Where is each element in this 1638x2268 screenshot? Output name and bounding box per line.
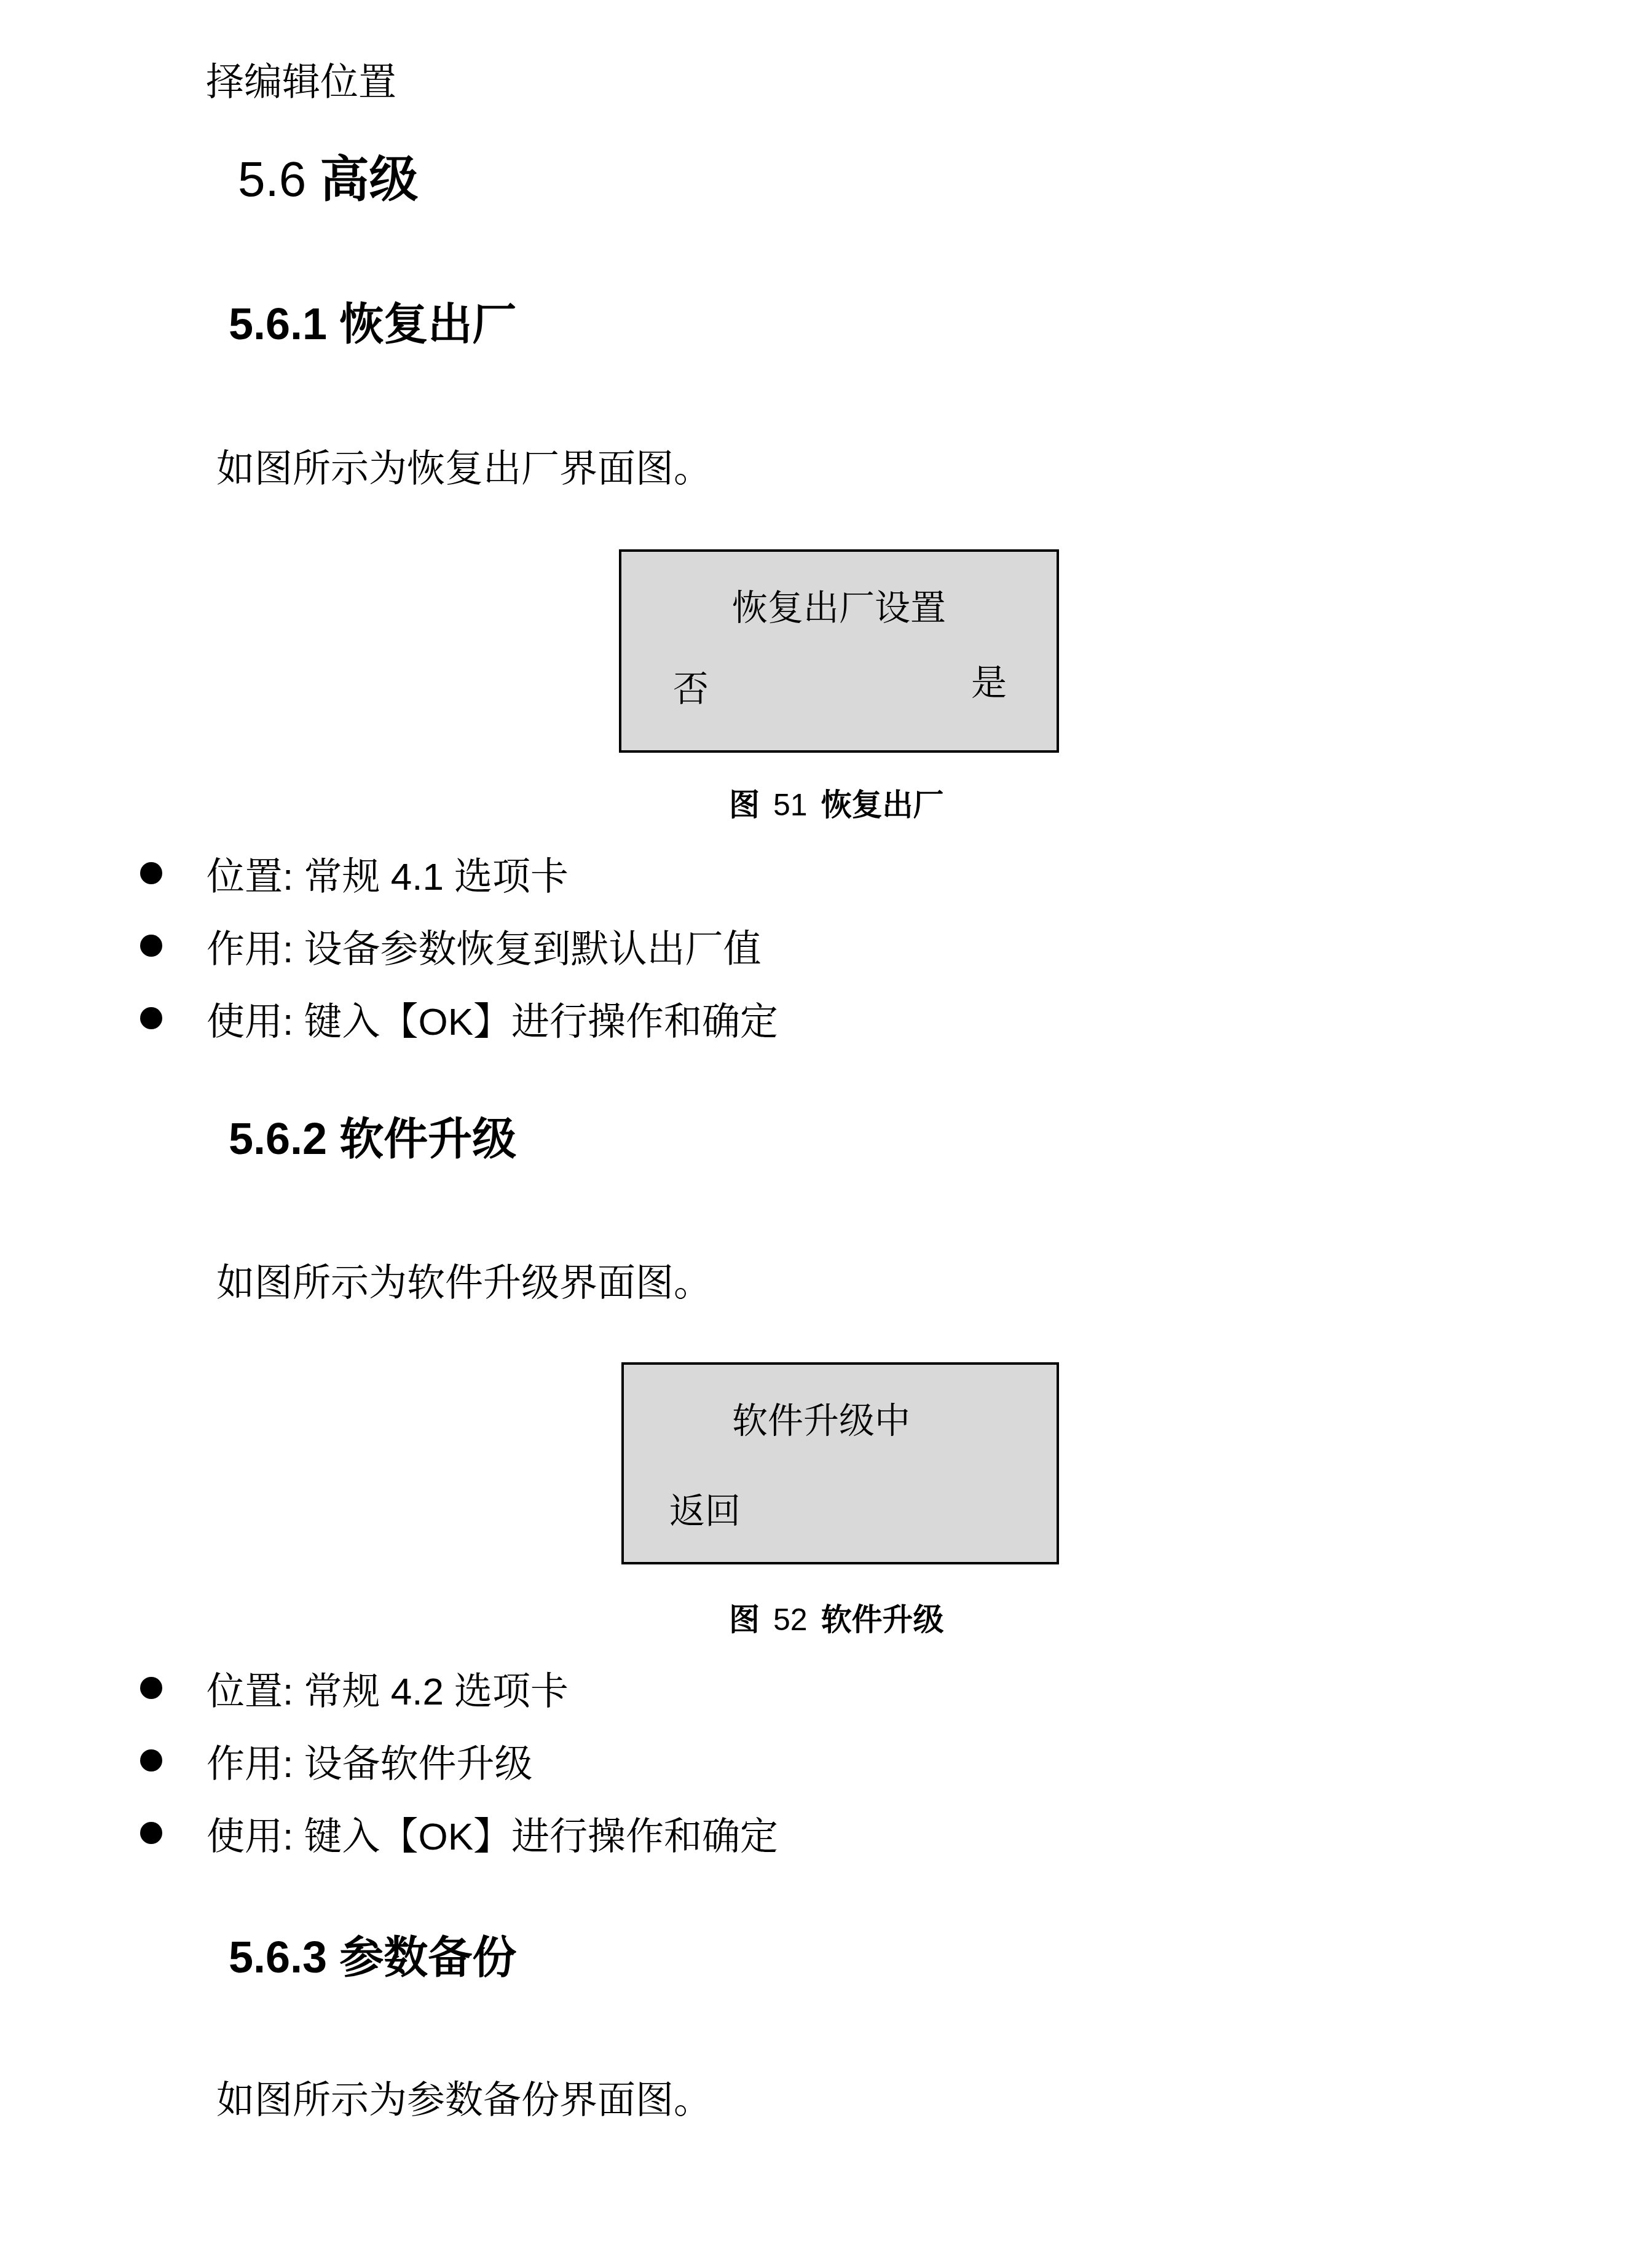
bullet-item-usage: 使用: 键入【OK】进行操作和确定 bbox=[207, 1003, 778, 1042]
figure-caption-52: 图52软件升级 bbox=[729, 1604, 944, 1635]
bullet-label: 作用: bbox=[207, 1743, 293, 1786]
section-number: 5.6 bbox=[238, 152, 306, 206]
bullet-dot-icon bbox=[140, 1677, 162, 1699]
screen-option-no: 否 bbox=[673, 671, 709, 707]
bullet-text: 设备参数恢复到默认出厂值 bbox=[304, 928, 761, 971]
subsection-title: 恢复出厂 bbox=[339, 300, 516, 349]
bullet-item-function: 作用: 设备参数恢复到默认出厂值 bbox=[207, 931, 761, 969]
subsection-number: 5.6.2 bbox=[229, 1115, 327, 1164]
caption-title: 恢复出厂 bbox=[821, 788, 944, 822]
bullet-item-usage: 使用: 键入【OK】进行操作和确定 bbox=[207, 1818, 778, 1856]
subsection-intro: 如图所示为恢复出厂界面图。 bbox=[216, 450, 712, 489]
bullet-text: 键入【OK】进行操作和确定 bbox=[304, 1001, 778, 1043]
bullet-text: 设备软件升级 bbox=[304, 1743, 532, 1786]
subsection-number: 5.6.3 bbox=[229, 1933, 327, 1982]
subsection-number: 5.6.1 bbox=[229, 300, 327, 349]
figure-caption-51: 图51恢复出厂 bbox=[729, 790, 944, 820]
caption-title: 软件升级 bbox=[821, 1603, 944, 1637]
section-heading: 5.6 高级 bbox=[238, 155, 418, 204]
bullet-text: 常规 4.1 选项卡 bbox=[304, 856, 569, 898]
subsection-intro: 如图所示为参数备份界面图。 bbox=[216, 2082, 712, 2120]
subsection-title: 软件升级 bbox=[339, 1115, 516, 1164]
continuation-text: 择编辑位置 bbox=[206, 64, 396, 102]
caption-number: 51 bbox=[773, 788, 808, 822]
software-upgrade-screen-figure: 软件升级中 返回 bbox=[621, 1362, 1059, 1564]
factory-reset-screen-figure: 恢复出厂设置 否 是 bbox=[619, 549, 1059, 753]
bullet-dot-icon bbox=[140, 1822, 162, 1844]
screen-title: 恢复出厂设置 bbox=[732, 590, 946, 626]
bullet-text: 常规 4.2 选项卡 bbox=[304, 1671, 569, 1713]
section-title: 高级 bbox=[320, 152, 418, 206]
bullet-dot-icon bbox=[140, 1007, 162, 1029]
bullet-dot-icon bbox=[140, 862, 162, 884]
bullet-item-function: 作用: 设备软件升级 bbox=[207, 1746, 532, 1784]
subsection-heading-5-6-1: 5.6.1 恢复出厂 bbox=[229, 302, 516, 347]
bullet-text: 键入【OK】进行操作和确定 bbox=[304, 1816, 778, 1858]
screen-option-back: 返回 bbox=[669, 1493, 741, 1529]
bullet-item-location: 位置: 常规 4.2 选项卡 bbox=[207, 1673, 569, 1711]
bullet-dot-icon bbox=[140, 935, 162, 957]
screen-title: 软件升级中 bbox=[732, 1403, 910, 1438]
bullet-label: 位置: bbox=[207, 856, 293, 898]
screen-option-yes: 是 bbox=[971, 665, 1007, 700]
subsection-intro: 如图所示为软件升级界面图。 bbox=[216, 1265, 712, 1303]
bullet-label: 使用: bbox=[207, 1001, 293, 1043]
bullet-dot-icon bbox=[140, 1749, 162, 1772]
bullet-label: 位置: bbox=[207, 1671, 293, 1713]
caption-prefix: 图 bbox=[729, 788, 760, 822]
bullet-item-location: 位置: 常规 4.1 选项卡 bbox=[207, 858, 569, 897]
bullet-label: 使用: bbox=[207, 1816, 293, 1858]
subsection-heading-5-6-3: 5.6.3 参数备份 bbox=[229, 1936, 516, 1980]
caption-number: 52 bbox=[773, 1603, 808, 1637]
bullet-label: 作用: bbox=[207, 928, 293, 971]
subsection-heading-5-6-2: 5.6.2 软件升级 bbox=[229, 1117, 516, 1161]
subsection-title: 参数备份 bbox=[339, 1933, 516, 1982]
caption-prefix: 图 bbox=[729, 1603, 760, 1637]
